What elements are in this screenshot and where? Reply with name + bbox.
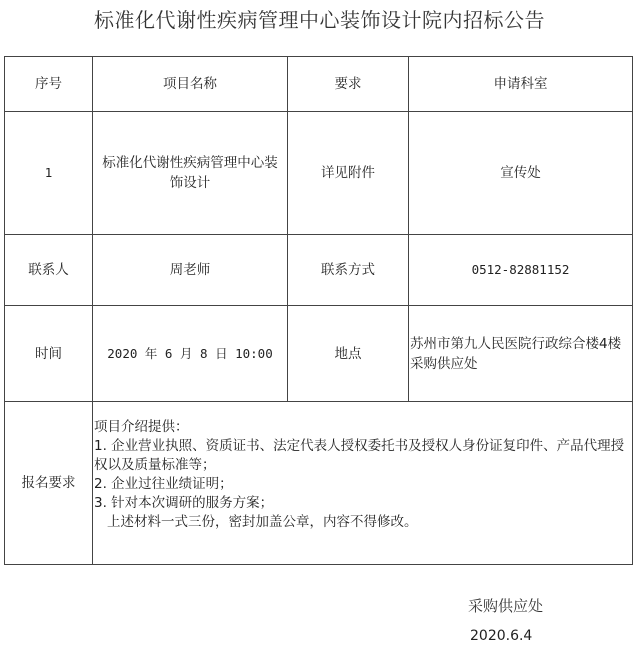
- registration-note: 上述材料一式三份，密封加盖公章，内容不得修改。: [94, 513, 630, 532]
- item-number-value: 1: [45, 165, 53, 180]
- item-department: 宣传处: [409, 112, 633, 235]
- header-requirement: 要求: [288, 57, 409, 112]
- contact-method-value: 0512-82881152: [409, 235, 633, 306]
- footer-date: 2020.6.4: [470, 628, 532, 644]
- registration-label: 报名要求: [5, 402, 93, 565]
- item-requirement: 详见附件: [288, 112, 409, 235]
- registration-intro: 项目介绍提供：: [94, 418, 630, 437]
- registration-requirements: 项目介绍提供： 1. 企业营业执照、资质证书、法定代表人授权委托书及授权人身份证…: [93, 402, 633, 565]
- table-header-row: 序号 项目名称 要求 申请科室: [5, 57, 633, 112]
- header-number: 序号: [5, 57, 93, 112]
- item-project-name: 标准化代谢性疾病管理中心装饰设计: [93, 112, 288, 235]
- footer-department: 采购供应处: [468, 595, 543, 616]
- registration-list: 项目介绍提供： 1. 企业营业执照、资质证书、法定代表人授权委托书及授权人身份证…: [93, 418, 632, 532]
- phone-number: 0512-82881152: [472, 262, 570, 277]
- table-row-time: 时间 2020 年 6 月 8 日 10:00 地点 苏州市第九人民医院行政综合…: [5, 306, 633, 402]
- contact-label: 联系人: [5, 235, 93, 306]
- item-project-name-value: 标准化代谢性疾病管理中心装饰设计: [102, 155, 278, 191]
- table-row-contact: 联系人 周老师 联系方式 0512-82881152: [5, 235, 633, 306]
- tender-table: 序号 项目名称 要求 申请科室 1 标准化代谢性疾病管理中心装饰设计 详见附件 …: [4, 56, 633, 565]
- time-label: 时间: [5, 306, 93, 402]
- contact-method-label: 联系方式: [288, 235, 409, 306]
- table-row-registration: 报名要求 项目介绍提供： 1. 企业营业执照、资质证书、法定代表人授权委托书及授…: [5, 402, 633, 565]
- time-value-text: 2020 年 6 月 8 日 10:00: [107, 346, 272, 361]
- time-value: 2020 年 6 月 8 日 10:00: [93, 306, 288, 402]
- registration-item-2: 2. 企业过往业绩证明；: [94, 475, 630, 494]
- header-department: 申请科室: [409, 57, 633, 112]
- table-row-item: 1 标准化代谢性疾病管理中心装饰设计 详见附件 宣传处: [5, 112, 633, 235]
- location-value: 苏州市第九人民医院行政综合楼4楼采购供应处: [409, 306, 633, 402]
- location-label: 地点: [288, 306, 409, 402]
- registration-item-3: 3. 针对本次调研的服务方案；: [94, 494, 630, 513]
- registration-item-1: 1. 企业营业执照、资质证书、法定代表人授权委托书及授权人身份证复印件、产品代理…: [94, 437, 630, 475]
- contact-value: 周老师: [93, 235, 288, 306]
- header-project-name: 项目名称: [93, 57, 288, 112]
- item-number: 1: [5, 112, 93, 235]
- document-title: 标准化代谢性疾病管理中心装饰设计院内招标公告: [0, 4, 639, 33]
